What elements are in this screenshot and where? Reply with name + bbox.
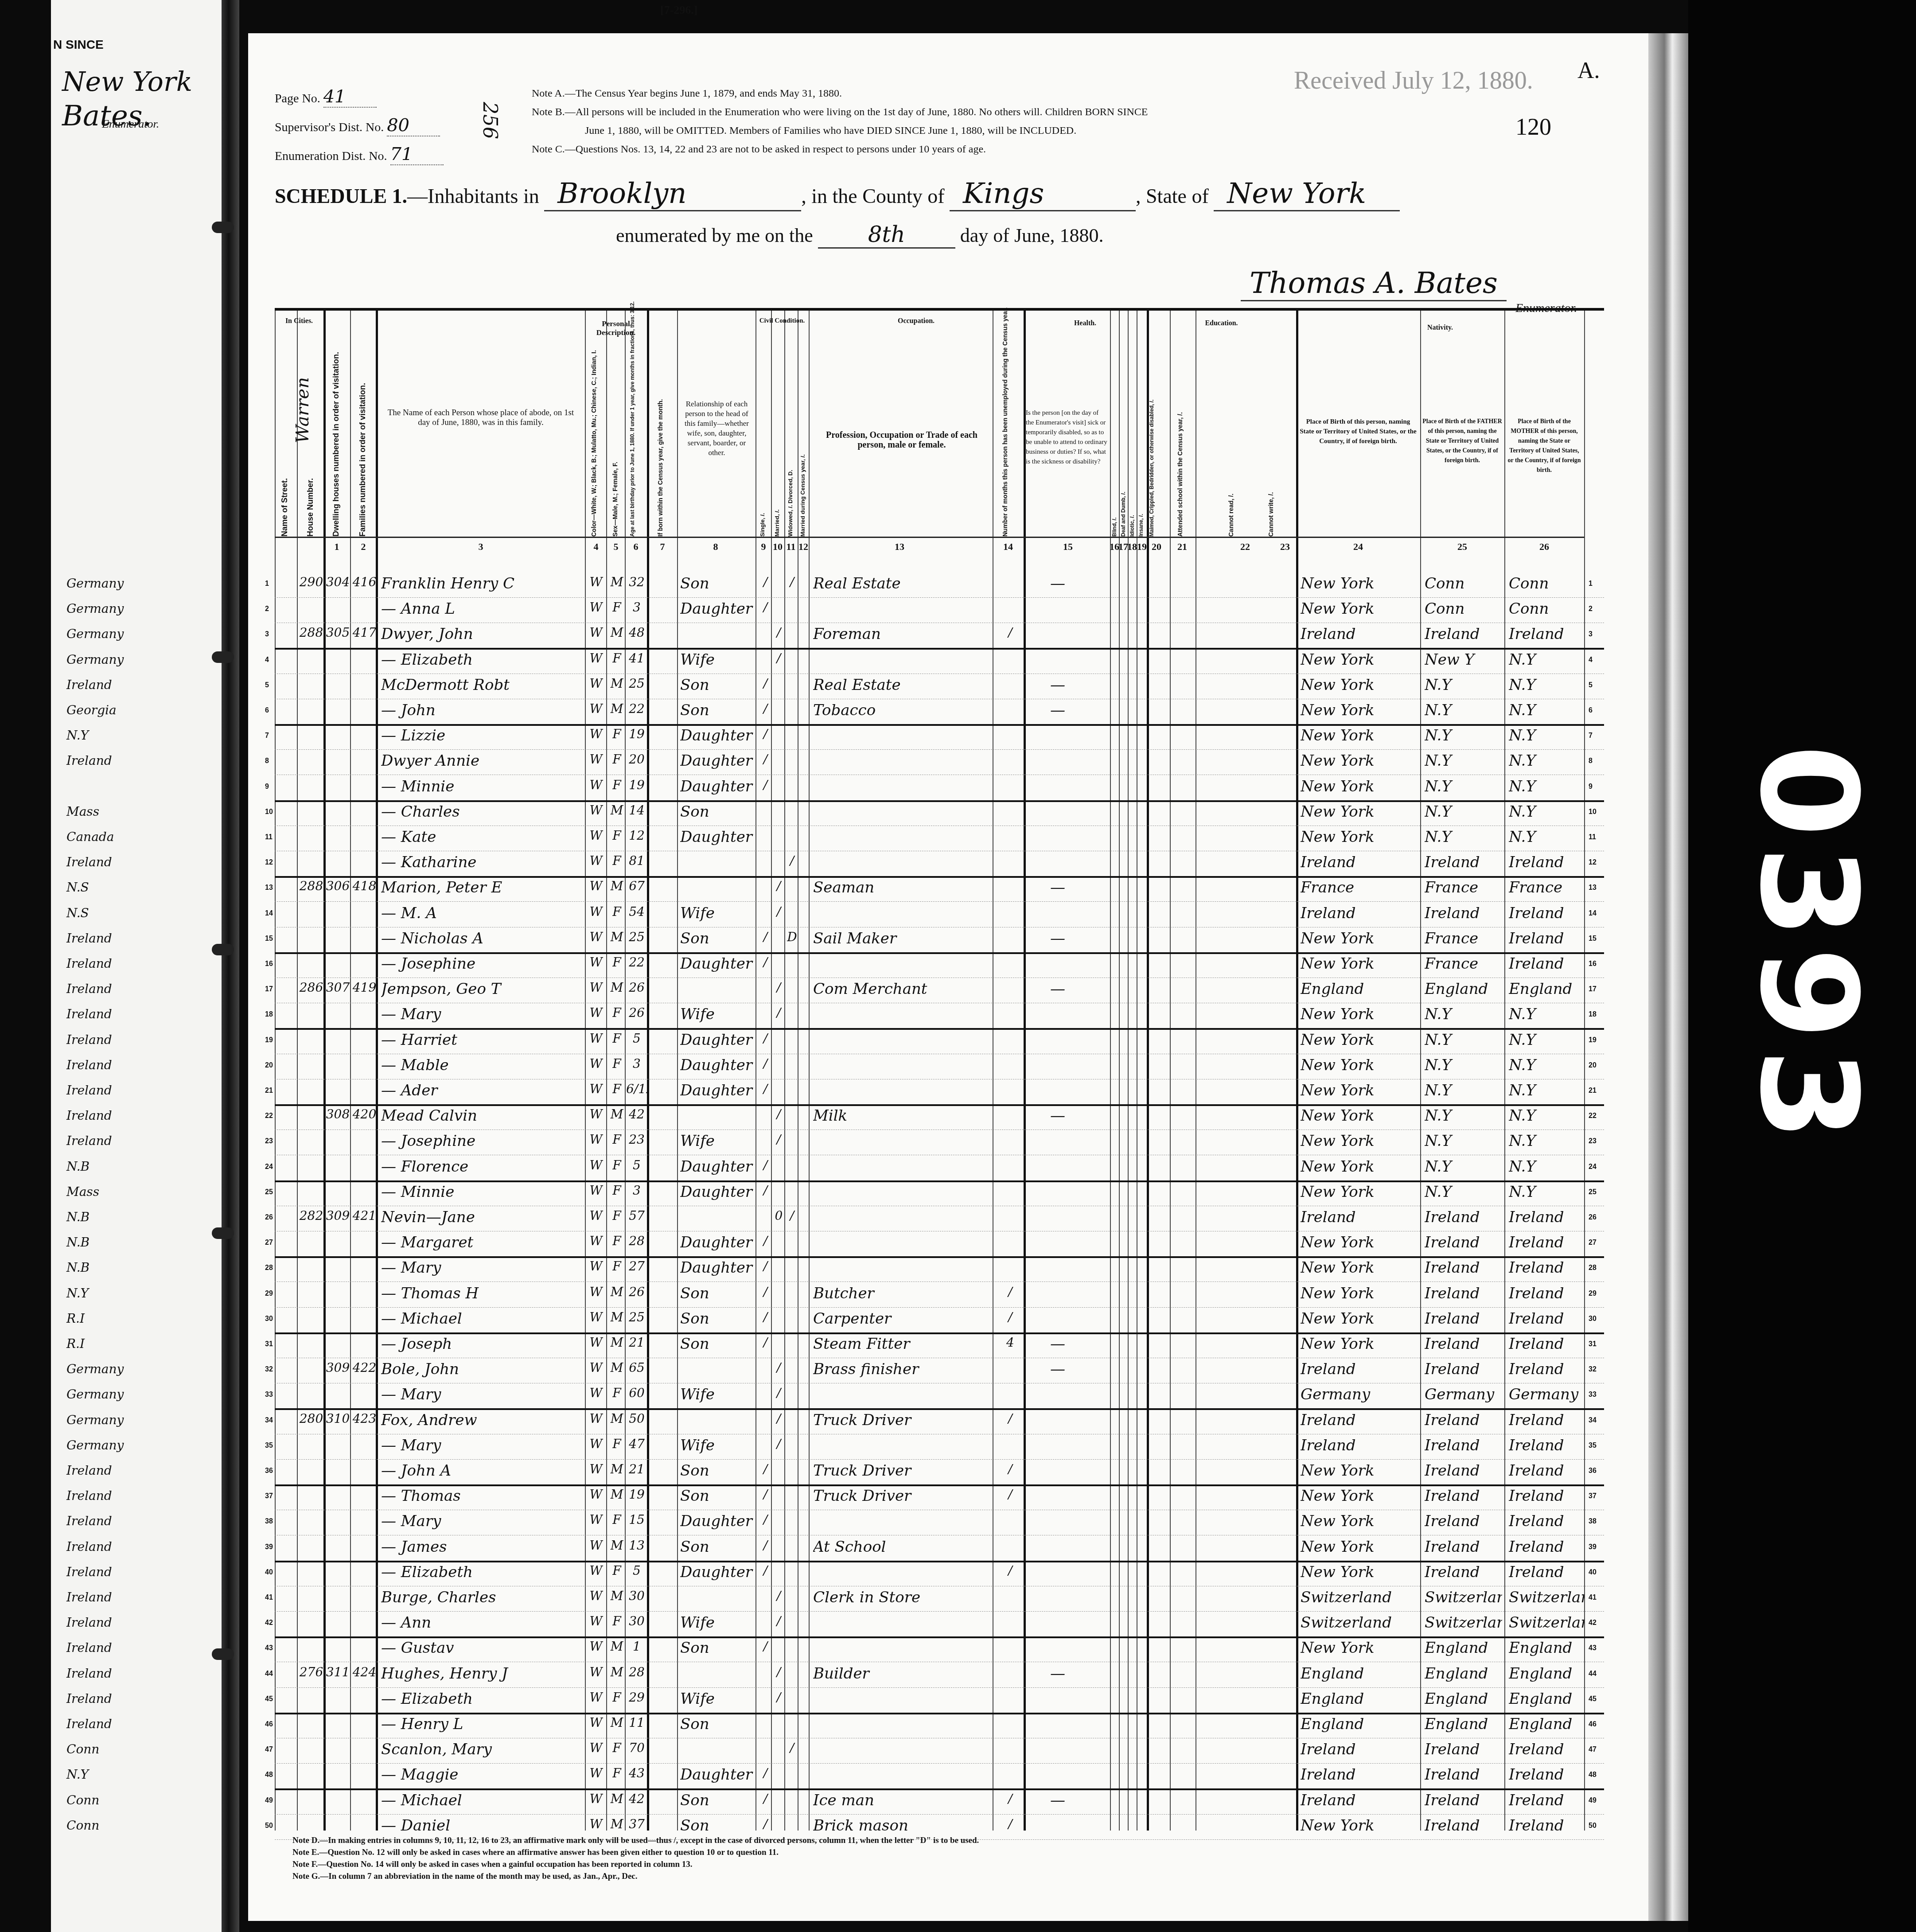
line-number: 11 <box>265 834 273 841</box>
column-number: 4 <box>589 541 603 553</box>
enumeration-date: enumerated by me on the 8th day of June,… <box>616 222 1104 249</box>
left-page-birthplace-cell: Germany <box>66 1438 124 1453</box>
color-cell: W <box>587 955 605 970</box>
birthplace-cell: New York <box>1301 1310 1418 1328</box>
note-b-cont: June 1, 1880, will be OMITTED. Members o… <box>532 121 1148 140</box>
birthplace-cell: New York <box>1301 828 1418 846</box>
name-cell: — Kate <box>381 828 585 846</box>
mother-birthplace-cell: Ireland <box>1509 930 1584 947</box>
father-birthplace-cell: England <box>1425 1690 1502 1708</box>
father-birthplace-cell: France <box>1425 879 1502 896</box>
left-page-birthplace-cell: Ireland <box>66 1488 112 1503</box>
table-row: 1313288306418Marion, Peter EWM67/Seaman—… <box>275 876 1604 902</box>
house-number-cell: 288 <box>299 879 323 893</box>
enumerator-signature: Thomas A. Bates <box>1241 266 1507 301</box>
sex-cell: F <box>608 1690 626 1705</box>
married-cell: / <box>773 980 784 995</box>
left-page-birthplace-cell: Ireland <box>66 1108 112 1123</box>
mother-birthplace-cell: N.Y <box>1509 1031 1584 1049</box>
line-number: 33 <box>1589 1391 1597 1399</box>
sex-cell: F <box>608 1132 626 1147</box>
relationship-cell: Daughter <box>680 1234 755 1251</box>
line-number: 15 <box>265 935 273 943</box>
deaf-dumb-header: Deaf and Dumb, /. <box>1120 444 1126 537</box>
age-cell: 26 <box>626 1005 647 1020</box>
color-cell: W <box>587 1285 605 1299</box>
left-page-birthplace-cell: Ireland <box>66 931 112 946</box>
married-cell: / <box>773 1589 784 1603</box>
birthplace-cell: New York <box>1301 1563 1418 1581</box>
column-number: 15 <box>1061 541 1075 553</box>
age-cell: 67 <box>626 879 647 893</box>
single-cell: / <box>760 575 771 589</box>
age-cell: 28 <box>626 1665 647 1679</box>
mother-birthplace-header: Place of Birth of the MOTHER of this per… <box>1507 417 1582 475</box>
mother-birthplace-cell: N.Y <box>1509 1107 1584 1125</box>
family-number-cell: 422 <box>352 1360 377 1375</box>
column-number: 9 <box>757 541 770 553</box>
line-number: 4 <box>1589 656 1593 664</box>
column-number: 21 <box>1176 541 1189 553</box>
relationship-cell: Daughter <box>680 1158 755 1176</box>
father-birthplace-cell: Ireland <box>1425 1411 1502 1429</box>
enumeration-day-suffix: day of June, 1880. <box>960 225 1104 246</box>
dwelling-number-cell: 308 <box>326 1107 350 1122</box>
line-number: 45 <box>1589 1695 1597 1703</box>
line-number: 48 <box>265 1771 273 1779</box>
left-page-birthplace-cell: N.Y <box>66 728 89 743</box>
form-number: [7-296.] <box>660 4 697 17</box>
family-number-cell: 420 <box>352 1107 377 1122</box>
relationship-header: Relationship of each person to the head … <box>680 399 753 458</box>
line-number: 5 <box>1589 682 1593 689</box>
name-cell: — Mable <box>381 1056 585 1074</box>
mother-birthplace-cell: England <box>1509 1639 1584 1657</box>
relationship-cell: Daughter <box>680 1512 755 1530</box>
table-row: 4040— ElizabethWF5Daughter//New YorkIrel… <box>275 1561 1604 1586</box>
supervisor-dist-label: Supervisor's Dist. No. <box>275 121 384 134</box>
left-page-birthplace-cell: N.Y <box>66 1767 89 1782</box>
mother-birthplace-cell: N.Y <box>1509 701 1584 719</box>
dwelling-number-cell: 304 <box>326 575 350 589</box>
house-number-cell: 288 <box>299 625 323 640</box>
mother-birthplace-cell: N.Y <box>1509 778 1584 795</box>
sickness-cell: — <box>1050 1360 1103 1378</box>
age-cell: 81 <box>626 853 647 868</box>
line-number: 9 <box>265 783 269 791</box>
single-cell: / <box>760 1512 771 1527</box>
birthplace-cell: Ireland <box>1301 1437 1418 1454</box>
age-cell: 11 <box>626 1715 647 1730</box>
left-page-birthplace-cell: N.B <box>66 1260 90 1275</box>
occupation-cell: Truck Driver <box>813 1462 990 1480</box>
name-cell: — Mary <box>381 1386 585 1403</box>
name-cell: — Henry L <box>381 1715 585 1733</box>
sex-cell: F <box>608 955 626 970</box>
color-cell: W <box>587 727 605 741</box>
age-cell: 29 <box>626 1690 647 1705</box>
birthplace-cell: New York <box>1301 778 1418 795</box>
line-number: 25 <box>1589 1188 1597 1196</box>
maimed-header: Maimed, Crippled, Bedridden, or otherwis… <box>1149 346 1155 537</box>
left-page-birthplace-cell: Ireland <box>66 1514 112 1528</box>
sex-cell: M <box>608 676 626 691</box>
name-cell: Scanlon, Mary <box>381 1741 585 1758</box>
name-cell: — Mary <box>381 1259 585 1277</box>
table-row: 1919— HarrietWF5Daughter/New YorkN.YN.Y <box>275 1028 1604 1054</box>
table-row: 1414— M. AWF54Wife/IrelandIrelandIreland <box>275 902 1604 927</box>
color-cell: W <box>587 1741 605 1755</box>
occupation-cell: Real Estate <box>813 676 990 694</box>
sex-header: Sex—Male, M.; Female, F. <box>611 346 619 537</box>
mother-birthplace-cell: Ireland <box>1509 1360 1584 1378</box>
line-number: 39 <box>265 1543 273 1551</box>
sex-cell: F <box>608 1234 626 1248</box>
table-row: 1818— MaryWF26Wife/New YorkN.YN.Y <box>275 1003 1604 1030</box>
widowed-cell: / <box>787 1208 798 1223</box>
sex-cell: M <box>608 879 626 893</box>
color-cell: W <box>587 676 605 691</box>
table-row: 1111— KateWF12DaughterNew YorkN.YN.Y <box>275 826 1604 851</box>
relationship-cell: Wife <box>680 1005 755 1023</box>
sex-cell: F <box>608 778 626 792</box>
line-number: 41 <box>1589 1594 1597 1602</box>
months-unemployed-cell: / <box>997 1487 1024 1502</box>
married-census-year-header: Married during Census year, /. <box>799 346 806 537</box>
married-cell: / <box>773 1107 784 1122</box>
line-number: 31 <box>1589 1340 1597 1348</box>
color-cell: W <box>587 752 605 767</box>
father-birthplace-cell: Ireland <box>1425 1310 1502 1328</box>
sex-cell: M <box>608 1360 626 1375</box>
name-cell: — James <box>381 1538 585 1556</box>
left-page-birthplace-cell: Conn <box>66 1793 99 1807</box>
sex-cell: M <box>608 1107 626 1122</box>
age-cell: 22 <box>626 701 647 716</box>
relationship-cell: Son <box>680 1487 755 1505</box>
line-number: 34 <box>265 1417 273 1425</box>
mother-birthplace-cell: Ireland <box>1509 1817 1584 1835</box>
line-number: 49 <box>1589 1797 1597 1805</box>
table-row: 4646— Henry LWM11SonEnglandEnglandEnglan… <box>275 1713 1604 1738</box>
table-row: 3939— JamesWM13Son/At SchoolNew YorkIrel… <box>275 1535 1604 1562</box>
birthplace-cell: Switzerland <box>1301 1589 1418 1606</box>
table-row: 2020— MableWF3Daughter/New YorkN.YN.Y <box>275 1054 1604 1079</box>
relationship-cell: Son <box>680 1817 755 1835</box>
occupation-cell: Truck Driver <box>813 1411 990 1429</box>
line-number: 24 <box>265 1163 273 1171</box>
sickness-cell: — <box>1050 575 1103 592</box>
line-number: 8 <box>1589 757 1593 765</box>
color-cell: W <box>587 1411 605 1426</box>
mother-birthplace-cell: Switzerland <box>1509 1589 1584 1606</box>
line-number: 40 <box>265 1569 273 1577</box>
table-row: 3232309422Bole, JohnWM65/Brass finisher—… <box>275 1358 1604 1383</box>
mother-birthplace-cell: Ireland <box>1509 1411 1584 1429</box>
line-number: 38 <box>1589 1518 1597 1526</box>
mother-birthplace-cell: N.Y <box>1509 803 1584 821</box>
birthplace-cell: New York <box>1301 727 1418 744</box>
single-cell: / <box>760 1234 771 1248</box>
color-cell: W <box>587 904 605 919</box>
health-group-header: Health. <box>1024 319 1147 327</box>
sex-cell: F <box>608 1563 626 1578</box>
birthplace-cell: Germany <box>1301 1386 1418 1403</box>
single-cell: / <box>760 1056 771 1071</box>
note-d: Note D.—In making entries in columns 9, … <box>292 1835 979 1846</box>
left-page-birthplace-cell: Ireland <box>66 1007 112 1021</box>
married-cell: / <box>773 1132 784 1147</box>
line-number: 29 <box>265 1290 273 1298</box>
line-number: 8 <box>265 757 269 765</box>
father-birthplace-cell: N.Y <box>1425 1031 1502 1049</box>
name-cell: — Josephine <box>381 1132 585 1150</box>
sex-cell: F <box>608 1259 626 1274</box>
name-cell: Nevin—Jane <box>381 1208 585 1226</box>
table-row: 1010— CharlesWM14SonNew YorkN.YN.Y <box>275 800 1604 826</box>
table-row: 4141Burge, CharlesWM30/Clerk in StoreSwi… <box>275 1586 1604 1612</box>
age-cell: 57 <box>626 1208 647 1223</box>
note-f: Note F.—Question No. 14 will only be ask… <box>292 1858 979 1870</box>
single-cell: / <box>760 727 771 741</box>
name-cell: — Ann <box>381 1614 585 1632</box>
single-cell: / <box>760 752 771 767</box>
left-page-birthplace-cell: Ireland <box>66 982 112 996</box>
line-number: 12 <box>1589 859 1597 867</box>
name-cell: Burge, Charles <box>381 1589 585 1606</box>
column-number: 10 <box>771 541 784 553</box>
mother-birthplace-cell: Ireland <box>1509 1487 1584 1505</box>
table-row: 3030— MichaelWM25Son/Carpenter/New YorkI… <box>275 1307 1604 1334</box>
birthplace-cell: New York <box>1301 1817 1418 1835</box>
birthplace-cell: England <box>1301 1715 1418 1733</box>
married-header: Married, /. <box>774 346 780 537</box>
cannot-read-header: Cannot read, /. <box>1227 421 1234 537</box>
mother-birthplace-cell: Ireland <box>1509 1208 1584 1226</box>
relationship-cell: Son <box>680 1285 755 1302</box>
name-cell: — Mary <box>381 1005 585 1023</box>
civil-condition-header: Civil Condition. <box>755 317 809 325</box>
sex-cell: F <box>608 1183 626 1198</box>
relationship-cell: Wife <box>680 1386 755 1403</box>
single-cell: / <box>760 1031 771 1046</box>
months-unemployed-header: Number of months this person has been un… <box>1001 346 1009 537</box>
dwelling-number-cell: 309 <box>326 1360 350 1375</box>
father-birthplace-cell: N.Y <box>1425 1082 1502 1099</box>
table-row: 77— LizzieWF19Daughter/New YorkN.YN.Y <box>275 724 1604 750</box>
mother-birthplace-cell: Conn <box>1509 600 1584 618</box>
single-cell: / <box>760 1285 771 1299</box>
nativity-group-header: Nativity. <box>1296 324 1584 332</box>
occupation-cell: Builder <box>813 1665 990 1683</box>
age-header: Age at last birthday prior to June 1, 18… <box>629 346 635 537</box>
age-cell: 21 <box>626 1335 647 1350</box>
birthplace-cell: Ireland <box>1301 1766 1418 1784</box>
line-number: 26 <box>265 1214 273 1222</box>
left-page-birthplace-cell: N.S <box>66 906 89 920</box>
sex-cell: M <box>608 1462 626 1476</box>
left-page-birthplace-cell: Ireland <box>66 855 112 869</box>
left-page-birthplace-cell: Ireland <box>66 956 112 971</box>
age-cell: 41 <box>626 651 647 666</box>
column-number: 8 <box>709 541 722 553</box>
father-birthplace-cell: Germany <box>1425 1386 1502 1403</box>
mother-birthplace-cell: Ireland <box>1509 1766 1584 1784</box>
mother-birthplace-cell: England <box>1509 1665 1584 1683</box>
color-cell: W <box>587 1792 605 1806</box>
line-number: 10 <box>265 808 273 816</box>
note-b: Note B.—All persons will be included in … <box>532 103 1148 121</box>
table-row: 2121— AderWF6/12Daughter/New YorkN.YN.Y <box>275 1079 1604 1106</box>
single-cell: / <box>760 1639 771 1654</box>
line-number: 49 <box>265 1797 273 1805</box>
left-page-birthplace-cell: Mass <box>66 1184 99 1199</box>
name-cell: — Anna L <box>381 600 585 618</box>
single-cell: / <box>760 676 771 691</box>
mother-birthplace-cell: Ireland <box>1509 1437 1584 1454</box>
line-number: 38 <box>265 1518 273 1526</box>
sex-cell: F <box>608 1512 626 1527</box>
table-row: 4545— ElizabethWF29Wife/EnglandEnglandEn… <box>275 1687 1604 1714</box>
occupation-cell: Steam Fitter <box>813 1335 990 1353</box>
father-birthplace-cell: Ireland <box>1425 1437 1502 1454</box>
age-cell: 54 <box>626 904 647 919</box>
sex-cell: F <box>608 828 626 843</box>
house-number-cell: 280 <box>299 1411 323 1426</box>
birthplace-cell: England <box>1301 1665 1418 1683</box>
line-number: 28 <box>1589 1264 1597 1272</box>
occupation-cell: At School <box>813 1538 990 1556</box>
father-birthplace-cell: Ireland <box>1425 1285 1502 1302</box>
line-number: 41 <box>265 1594 273 1602</box>
binding-ring-icon <box>212 1227 234 1239</box>
sex-cell: M <box>608 930 626 944</box>
line-number: 1 <box>1589 580 1593 588</box>
left-page-state: New York <box>62 66 192 97</box>
single-header: Single, /. <box>759 346 766 537</box>
line-number: 50 <box>1589 1822 1597 1830</box>
line-number: 29 <box>1589 1290 1597 1298</box>
father-birthplace-cell: Ireland <box>1425 1234 1502 1251</box>
column-number: 20 <box>1150 541 1163 553</box>
birthplace-cell: New York <box>1301 1031 1418 1049</box>
mother-birthplace-cell: Ireland <box>1509 1310 1584 1328</box>
color-cell: W <box>587 625 605 640</box>
widowed-header: Widowed, /. Divorced, D. <box>787 346 794 537</box>
mother-birthplace-cell: N.Y <box>1509 676 1584 694</box>
months-unemployed-cell: / <box>997 1563 1024 1578</box>
line-number: 44 <box>265 1670 273 1678</box>
father-birthplace-cell: Ireland <box>1425 1766 1502 1784</box>
color-cell: W <box>587 803 605 818</box>
column-number: 12 <box>797 541 810 553</box>
in-cities-header: In Cities. <box>275 317 323 325</box>
sickness-cell: — <box>1050 1665 1103 1683</box>
line-number: 21 <box>1589 1087 1597 1095</box>
line-number: 42 <box>265 1619 273 1627</box>
age-cell: 28 <box>626 1234 647 1248</box>
sex-cell: F <box>608 1437 626 1451</box>
line-number: 26 <box>1589 1214 1597 1222</box>
sex-cell: M <box>608 625 626 640</box>
name-cell: — Michael <box>381 1310 585 1328</box>
house-number-cell: 282 <box>299 1208 323 1223</box>
column-number: 25 <box>1456 541 1469 553</box>
line-number: 22 <box>265 1112 273 1120</box>
line-number: 19 <box>265 1036 273 1044</box>
line-number: 1 <box>265 580 269 588</box>
father-birthplace-header: Place of Birth of the FATHER of this per… <box>1422 417 1502 466</box>
color-cell: W <box>587 600 605 615</box>
father-birthplace-cell: Ireland <box>1425 1462 1502 1480</box>
age-cell: 6/12 <box>626 1082 647 1096</box>
father-birthplace-cell: N.Y <box>1425 701 1502 719</box>
left-page-birthplace-cell: Ireland <box>66 1058 112 1072</box>
single-cell: / <box>760 1538 771 1553</box>
birthplace-cell: Ireland <box>1301 853 1418 871</box>
single-cell: / <box>760 1766 771 1780</box>
relationship-cell: Son <box>680 1310 755 1328</box>
table-row: 3737— ThomasWM19Son/Truck Driver/New Yor… <box>275 1484 1604 1510</box>
mother-birthplace-cell: Ireland <box>1509 1335 1584 1353</box>
father-birthplace-cell: N.Y <box>1425 1107 1502 1125</box>
sex-cell: M <box>608 980 626 995</box>
line-number: 16 <box>1589 960 1597 968</box>
line-number: 25 <box>265 1188 273 1196</box>
table-row: 1717286307419Jempson, Geo TWM26/Com Merc… <box>275 978 1604 1003</box>
sex-cell: M <box>608 1335 626 1350</box>
relationship-cell: Daughter <box>680 600 755 618</box>
line-number: 42 <box>1589 1619 1597 1627</box>
relationship-cell: Wife <box>680 1132 755 1150</box>
months-unemployed-cell: / <box>997 1310 1024 1324</box>
name-cell: — Ader <box>381 1082 585 1099</box>
enumeration-dist-field: Enumeration Dist. No. 71 <box>275 144 444 165</box>
occupation-cell: Seaman <box>813 879 990 896</box>
name-cell: Dwyer Annie <box>381 752 585 770</box>
mother-birthplace-cell: England <box>1509 980 1584 998</box>
line-number: 35 <box>1589 1442 1597 1450</box>
relationship-cell: Daughter <box>680 955 755 973</box>
name-cell: — Thomas H <box>381 1285 585 1302</box>
single-cell: / <box>760 600 771 615</box>
name-cell: — John A <box>381 1462 585 1480</box>
color-cell: W <box>587 1132 605 1147</box>
name-cell: — Mary <box>381 1437 585 1454</box>
left-page-birthplace-cell: Ireland <box>66 1133 112 1148</box>
mother-birthplace-cell: Ireland <box>1509 955 1584 973</box>
sex-cell: M <box>608 1411 626 1426</box>
name-cell: Franklin Henry C <box>381 575 585 592</box>
color-cell: W <box>587 1538 605 1553</box>
mother-birthplace-cell: N.Y <box>1509 752 1584 770</box>
color-cell: W <box>587 1512 605 1527</box>
line-number: 15 <box>1589 935 1597 943</box>
relationship-cell: Daughter <box>680 828 755 846</box>
color-cell: W <box>587 1310 605 1324</box>
left-page-birthplace-cell: Germany <box>66 1413 124 1427</box>
single-cell: / <box>760 930 771 944</box>
name-cell: — Elizabeth <box>381 1690 585 1708</box>
color-cell: W <box>587 1005 605 1020</box>
line-number: 36 <box>1589 1467 1597 1475</box>
mother-birthplace-cell: Ireland <box>1509 1512 1584 1530</box>
column-number: 7 <box>656 541 669 553</box>
dwelling-number-cell: 311 <box>326 1665 350 1679</box>
married-cell: / <box>773 1690 784 1705</box>
name-cell: — Katharine <box>381 853 585 871</box>
father-birthplace-cell: Ireland <box>1425 1792 1502 1809</box>
